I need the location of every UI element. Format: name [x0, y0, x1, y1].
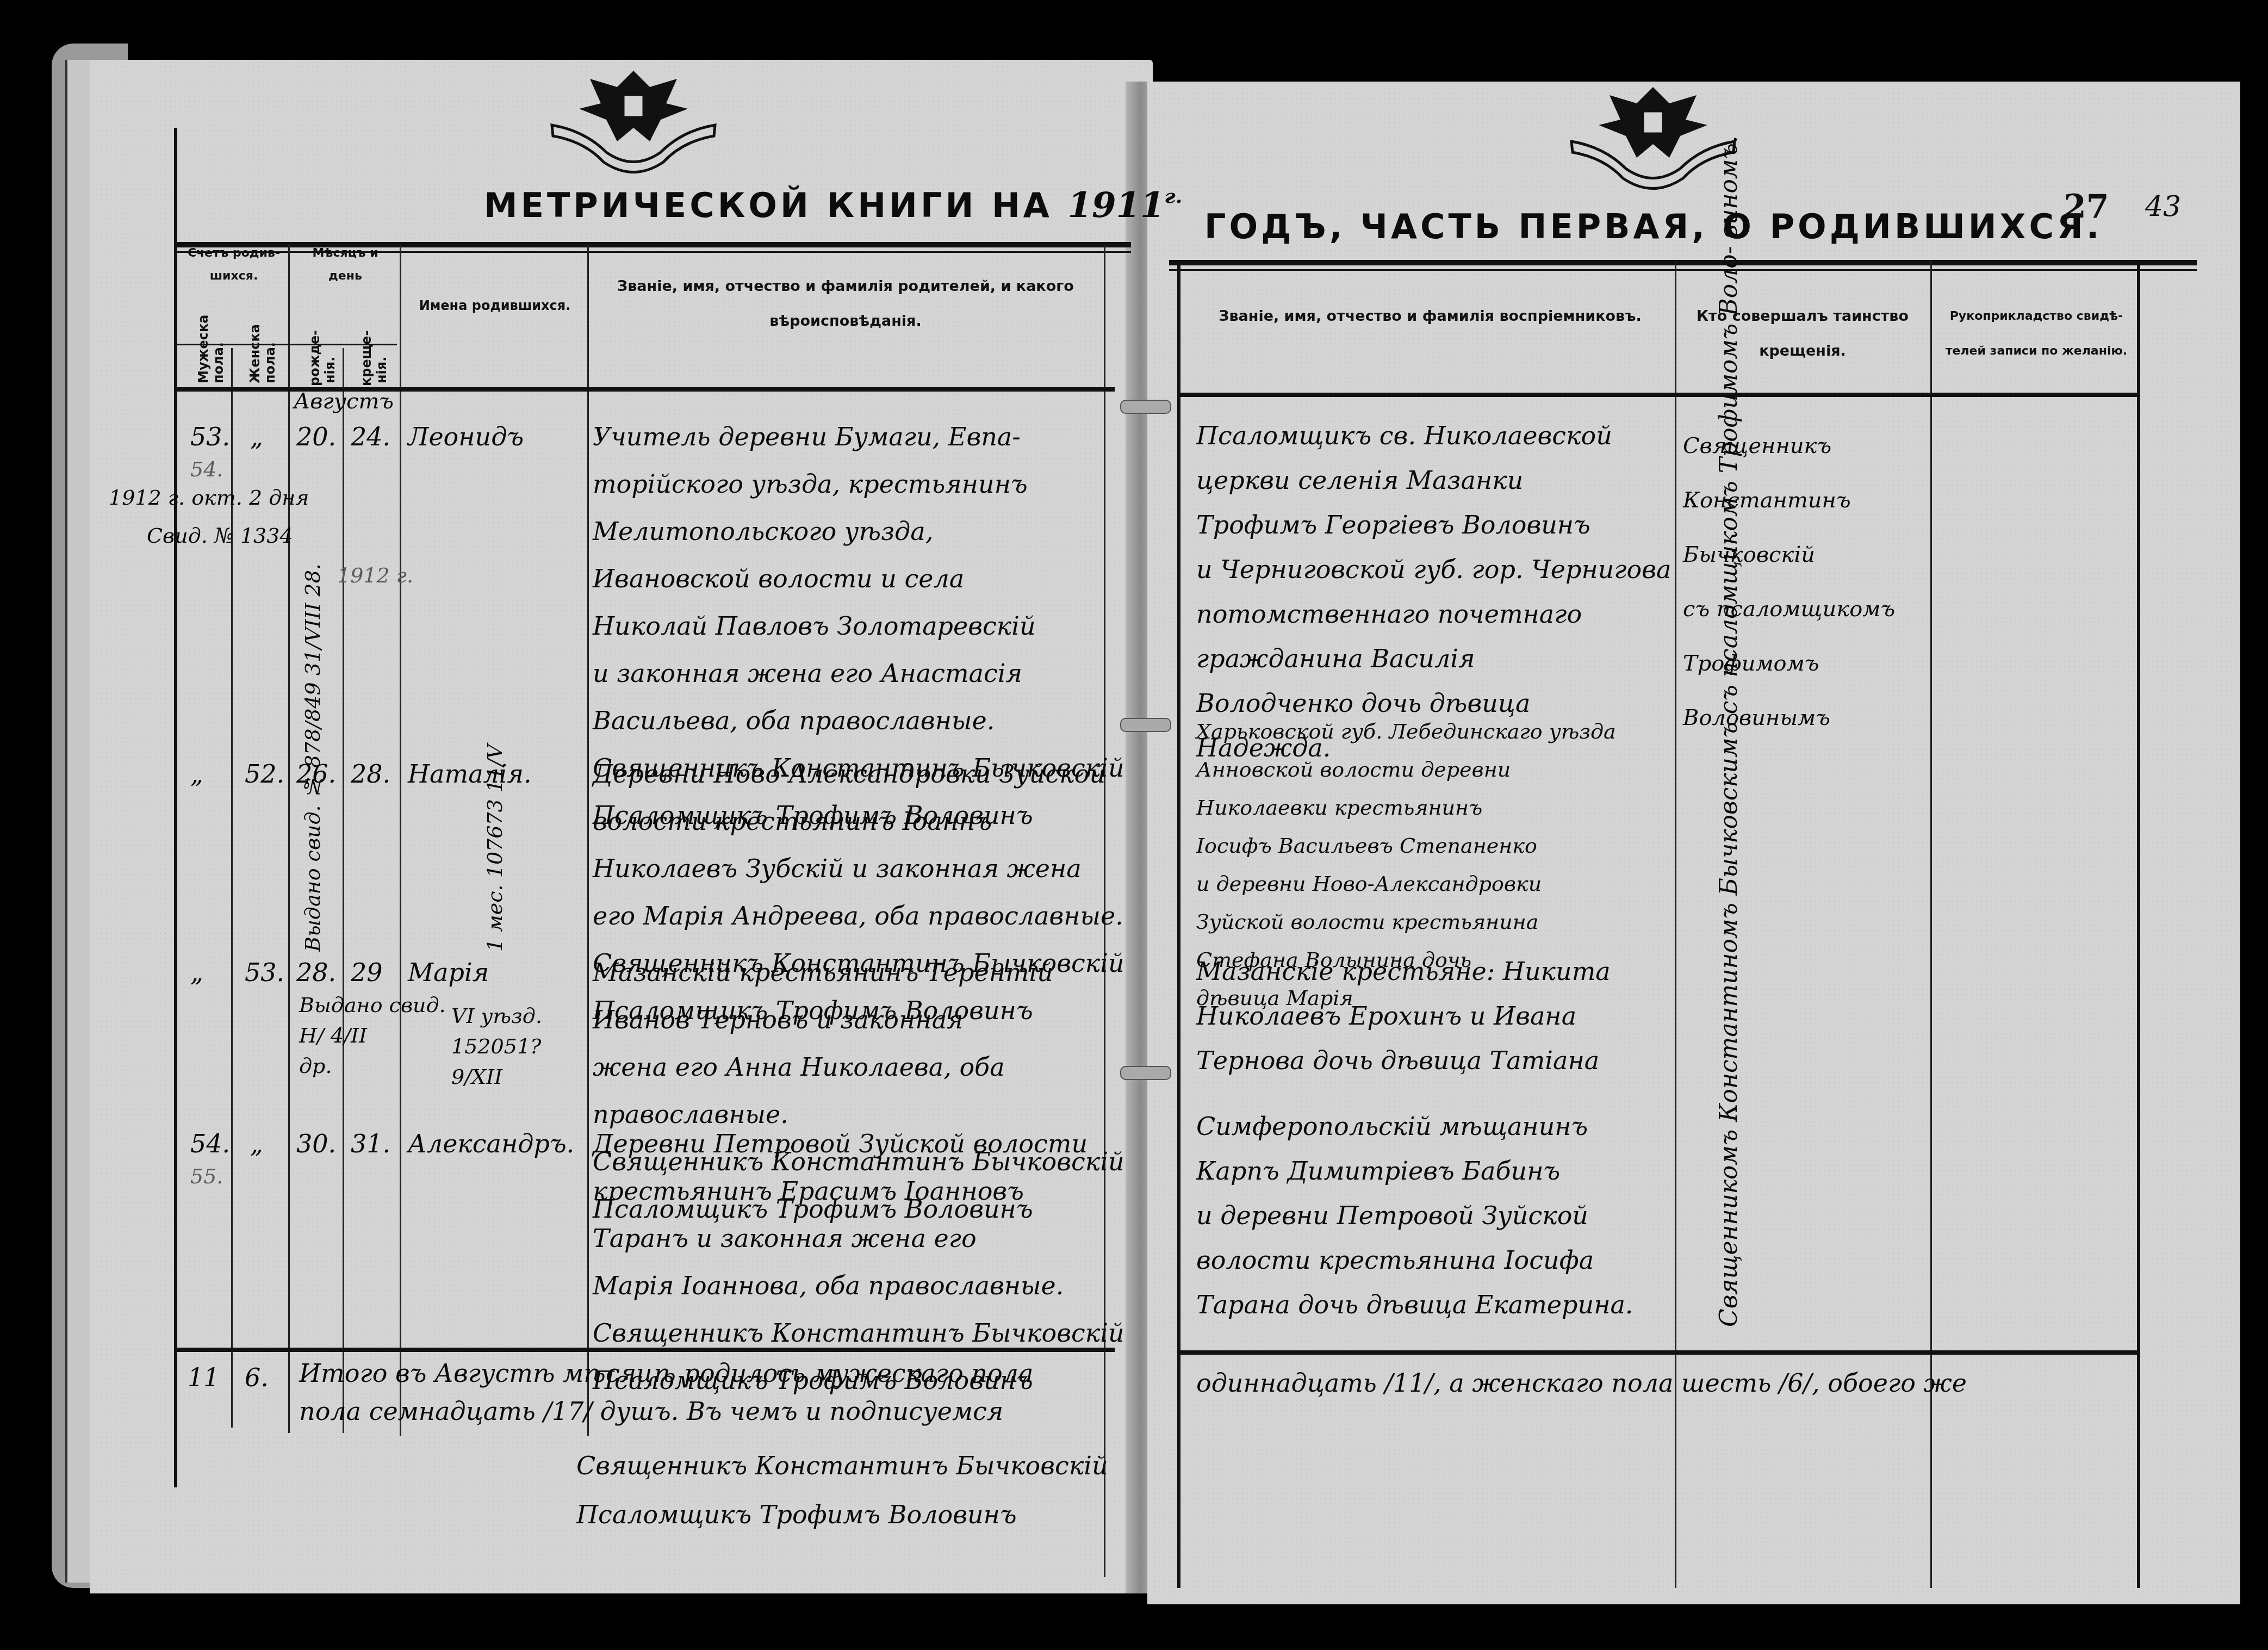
entry-line: Псаломщикъ св. Николаевской	[1196, 413, 1671, 458]
child-name: Александръ.	[408, 1120, 574, 1168]
entry-line: и деревни Ново-Александровки	[1196, 865, 1616, 903]
header-date-group: Мѣсяцъ и день	[294, 242, 397, 288]
header-names: Имена родившихся.	[402, 288, 587, 323]
male-number: „	[190, 949, 203, 996]
header-witnesses: Рукоприкладство свидѣ­телей записи по же…	[1936, 299, 2137, 369]
summary-line: Итого въ Августѣ мѣсяцѣ родилось мужеска…	[299, 1354, 1033, 1392]
title-year: 1911	[1067, 185, 1164, 226]
margin-note-line: 11/V	[483, 745, 507, 793]
entry-line: Зуйской волости крестьянина	[1196, 903, 1616, 941]
header-rule	[1169, 260, 2197, 265]
female-number: 52.	[245, 750, 284, 798]
margin-note: 1912 г. окт. 2 дня Свид. № 1334	[109, 479, 309, 555]
margin-note-2: 1 мес. 107673 11/V	[479, 843, 511, 952]
entry-line: виномъ.	[1715, 135, 1743, 238]
entry-line: Деревни Ново-Александровки Зуйской	[593, 750, 1136, 798]
margin-note-year: 1912 г.	[337, 552, 413, 599]
column-divider	[400, 245, 401, 1436]
entry-line: Анновской волости деревни	[1196, 750, 1616, 789]
table-border	[2137, 261, 2140, 1588]
margin-note-line: 9/XII	[451, 1062, 542, 1092]
margin-note-line: 152051?	[451, 1031, 542, 1062]
signature-priest: Священникъ Константинъ Бычковскій	[576, 1441, 1108, 1490]
margin-note-line: др.	[299, 1051, 446, 1081]
binding-thread	[1120, 400, 1171, 414]
header-count-group: Счетъ родив­шихся.	[179, 242, 288, 288]
child-name: Марія	[408, 949, 489, 996]
title-year-suffix: г.	[1165, 185, 1183, 208]
entry-line: Мазанскій крестьянинъ Терентій	[593, 949, 1136, 996]
officiant-vertical-note: Священникомъ Константиномъ Бычковскимъ с…	[1713, 712, 1745, 1327]
godparents-entry: Симферопольскій мѣщанинъ Карпъ Димитріев…	[1196, 1104, 1633, 1327]
entry-line: Иванов Терновъ и законная	[593, 996, 1136, 1044]
signature-psalmist: Псаломщикъ Трофимъ Воловинъ	[576, 1490, 1108, 1539]
margin-note-line: Свид. № 1334	[109, 517, 309, 555]
birth-day: 28.	[296, 949, 336, 996]
column-divider	[587, 245, 589, 1436]
margin-note: Выдано свид. № 878/849 31/VIII 28.	[296, 789, 329, 952]
margin-note-line: № 878/849	[301, 682, 325, 798]
entry-line: Марія Іоаннова, оба православные.	[593, 1262, 1136, 1310]
right-page-title: ГОДЪ, ЧАСТЬ ПЕРВАЯ, О РОДИВШИХСЯ.	[1204, 207, 2102, 246]
entry-line: Васильева, оба православные.	[593, 697, 1136, 745]
summary-rule	[1177, 1350, 2140, 1355]
archive-folio-mark: 43	[2145, 190, 2181, 223]
entry-line: Николаевки крестьянинъ	[1196, 789, 1616, 827]
margin-note-line: Н/ 4/II	[299, 1020, 446, 1051]
baptism-day: 29	[351, 949, 383, 996]
entry-line: торійского уѣзда, крестьянинъ	[593, 461, 1136, 508]
baptism-day: 31.	[351, 1120, 390, 1168]
header-godparents: Званіе, имя, отчество и фамилія воспріем…	[1191, 299, 1669, 334]
page-number: 27	[2064, 188, 2109, 226]
margin-note-line: 31/VIII 28.	[301, 563, 325, 675]
entry-line: Николаевъ Зубскій и законная жена	[593, 845, 1136, 892]
entry-line: Священникъ Константинъ Бычковскій	[593, 1310, 1136, 1357]
imperial-eagle-crest-icon	[541, 65, 726, 174]
female-number: „	[250, 1120, 263, 1168]
female-number: 53.	[245, 949, 284, 996]
header-count-female: Женска пола.	[247, 351, 278, 383]
entry-line: потомственнаго почетнаго	[1196, 592, 1671, 636]
title-printed: МЕТРИЧЕСКОЙ КНИГИ НА	[484, 185, 1053, 225]
male-number: „	[190, 750, 203, 798]
baptism-day: 28.	[351, 750, 390, 798]
entry-line: церкви селенія Мазанки	[1196, 458, 1671, 503]
margin-note: Выдано свид. Н/ 4/II др.	[299, 990, 446, 1081]
birth-day: 20.	[296, 413, 336, 461]
left-page-title: МЕТРИЧЕСКОЙ КНИГИ НА 1911г.	[484, 185, 1182, 226]
table-border	[1177, 261, 1180, 1588]
margin-note-2: VI уѣзд. 152051? 9/XII	[451, 1001, 542, 1092]
entry-line: Тарана дочь дѣвица Екатерина.	[1196, 1282, 1633, 1327]
child-name: Леонидъ	[408, 413, 524, 461]
entry-line: Деревни Петровой Зуйской волости	[593, 1120, 1136, 1168]
header-bottom-rule	[1177, 393, 2140, 397]
female-number: „	[250, 413, 263, 461]
entry-line: Іосифъ Васильевъ Степаненко	[1196, 827, 1616, 865]
entry-line: Харьковской губ. Лебединскаго уѣзда	[1196, 712, 1616, 750]
margin-note-line: VI уѣзд.	[451, 1001, 542, 1031]
entry-line: съ псаломщикомъ Трофимомъ Воло-	[1715, 246, 1743, 714]
header-rule	[1169, 269, 2197, 271]
summary-line: пола семнадцать /17/ душъ. Въ чемъ и под…	[299, 1392, 1033, 1430]
table-border	[174, 128, 177, 1487]
entry-line: Учитель деревни Бумаги, Евпа-	[593, 413, 1136, 461]
entry-line: Священникомъ Константиномъ Бычковскимъ	[1715, 722, 1743, 1327]
entry-line: его Марія Андреева, оба православные.	[593, 892, 1136, 940]
summary-text: Итого въ Августѣ мѣсяцѣ родилось мужеска…	[299, 1354, 1033, 1430]
margin-note-line: Выдано свид.	[299, 990, 446, 1020]
margin-note-line: 107673	[483, 799, 507, 878]
entry-line: Терновa дочь дѣвица Татіана	[1196, 1038, 1611, 1083]
header-parents: Званіе, имя, отчество и фамилія родителе…	[593, 269, 1098, 339]
header-count-male: Мужеска пола.	[196, 351, 226, 383]
entry-line: Таранъ и законная жена его	[593, 1215, 1136, 1262]
entry-line: Николаевъ Ерохинъ и Ивана	[1196, 994, 1611, 1038]
entry-line: Николай Павловъ Золотаревскій	[593, 603, 1136, 650]
margin-note-line: Выдано свид.	[301, 805, 325, 952]
entry-line: волости крестьянина Іосифа	[1196, 1238, 1633, 1282]
column-divider	[288, 245, 290, 1433]
entry-line: и деревни Петровой Зуйской	[1196, 1193, 1633, 1238]
entry-line: волости крестьянинъ Іоаннъ	[593, 798, 1136, 845]
entry-line: Ивановской волости и села	[593, 555, 1136, 603]
entry-line: гражданина Василія	[1196, 636, 1671, 681]
entry-line: и законная жена его Анастасія	[593, 650, 1136, 697]
entry-line: Симферопольскій мѣщанинъ	[1196, 1104, 1633, 1149]
column-divider	[343, 348, 344, 1433]
entry-line: Мелитопольского уѣзда,	[593, 508, 1136, 555]
male-number-correction: 55.	[190, 1153, 223, 1200]
summary-signatures: Священникъ Константинъ Бычковскій Псалом…	[576, 1441, 1108, 1539]
godparents-entry: Мазанскіе крестьяне: Никита Николаевъ Ер…	[1196, 949, 1611, 1083]
baptism-day: 24.	[351, 413, 390, 461]
entry-line: Карпъ Димитріевъ Бабинъ	[1196, 1149, 1633, 1193]
female-total: 6.	[245, 1354, 269, 1401]
entry-line: Мазанскіе крестьяне: Никита	[1196, 949, 1611, 994]
entry-line: Трофимъ Георгіевъ Воловинъ	[1196, 503, 1671, 547]
summary-continuation: одиннадцать /11/, а женскаго пола шесть …	[1196, 1360, 1967, 1407]
margin-note-line: 1 мес.	[483, 884, 507, 952]
male-total: 11	[188, 1354, 220, 1401]
margin-note-line: 1912 г. окт. 2 дня	[109, 479, 309, 517]
entry-line: крестьянинъ Ерасимъ Іоанновъ	[593, 1168, 1136, 1215]
child-name: Наталія.	[408, 750, 532, 798]
birth-day: 30.	[296, 1120, 336, 1168]
entry-line: и Черниговской губ. гор. Чернигова	[1196, 547, 1671, 592]
